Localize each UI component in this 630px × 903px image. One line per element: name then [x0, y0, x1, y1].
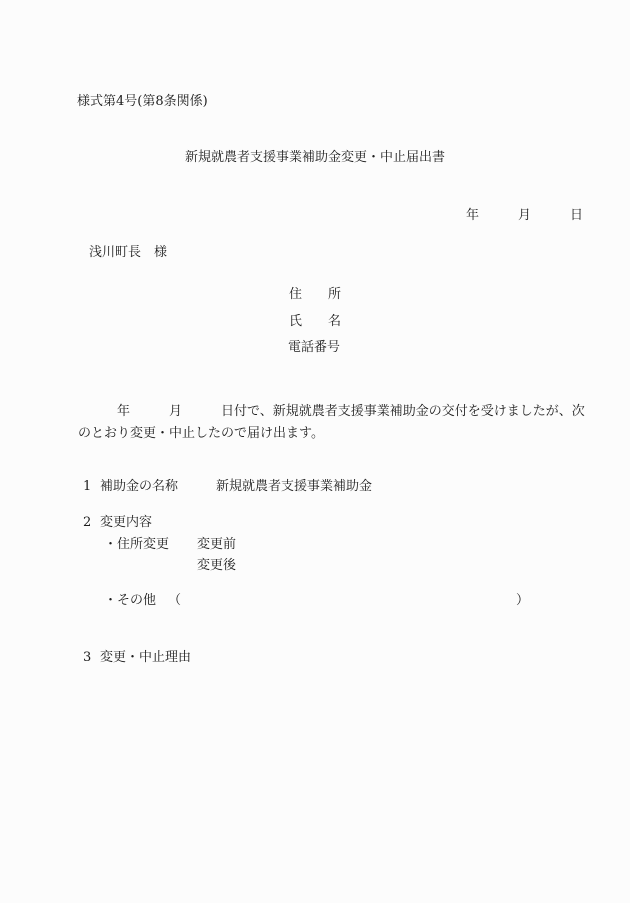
other-bullet: ・その他	[104, 592, 156, 609]
applicant-phone-label: 電話番号	[288, 339, 340, 356]
section3-number: 3	[83, 649, 91, 666]
change-after-label: 変更後	[197, 557, 236, 574]
section1-label: 補助金の名称	[100, 478, 178, 495]
document-title: 新規就農者支援事業補助金変更・中止届出書	[0, 149, 630, 166]
applicant-address-label: 住 所	[289, 286, 341, 303]
change-before-label: 変更前	[197, 536, 236, 553]
section3-label: 変更・中止理由	[100, 649, 191, 666]
other-close-paren: ）	[516, 592, 529, 609]
addressee: 浅川町長 様	[89, 244, 167, 261]
address-change-bullet: ・住所変更	[104, 536, 169, 553]
body-paragraph: 年 月 日付で、新規就農者支援事業補助金の交付を受けましたが、次のとおり変更・中…	[78, 401, 590, 444]
section2-label: 変更内容	[100, 514, 152, 531]
form-number: 様式第4号(第8条関係)	[77, 93, 208, 110]
section1-number: 1	[83, 478, 91, 495]
section1-value: 新規就農者支援事業補助金	[216, 478, 372, 495]
section2-number: 2	[83, 514, 91, 531]
document-page: 様式第4号(第8条関係) 新規就農者支援事業補助金変更・中止届出書 年 月 日 …	[0, 0, 630, 903]
applicant-name-label: 氏 名	[289, 313, 341, 330]
date-line: 年 月 日	[466, 207, 583, 224]
other-open-paren: （	[168, 592, 181, 609]
